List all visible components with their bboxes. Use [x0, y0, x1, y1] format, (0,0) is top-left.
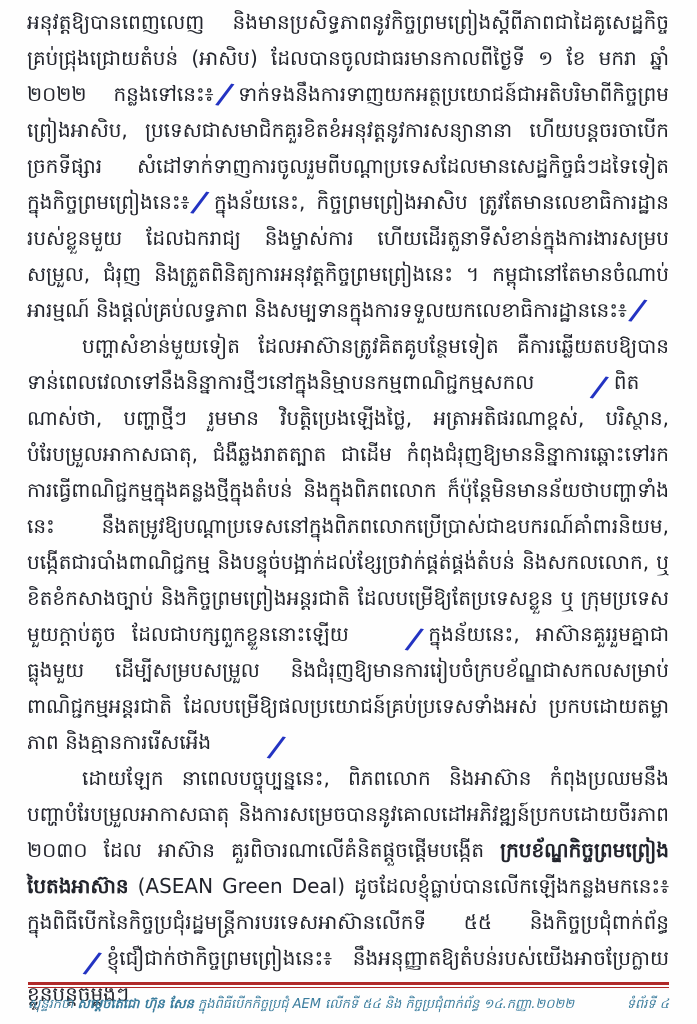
text-run: ពិតណាស់ថា, បញ្ហាថ្មីៗ រួមមាន វិបត្តិប្រេ… — [27, 370, 669, 646]
speech-body-text: អនុវត្តឱ្យបានពេញលេញ និងមានប្រសិទ្ធភាពនូវ… — [27, 4, 669, 1012]
footer-citation: សុន្ទរកថា សម្តេចតេជោ ហ៊ុន សែន ក្នុងពិធីប… — [28, 996, 574, 1014]
footer-double-rule — [28, 982, 669, 988]
footer-row: សុន្ទរកថា សម្តេចតេជោ ហ៊ុន សែន ក្នុងពិធីប… — [28, 996, 669, 1014]
body-paragraph: អនុវត្តឱ្យបានពេញលេញ និងមានប្រសិទ្ធភាពនូវ… — [27, 4, 669, 328]
bold-text-run: សម្តេចតេជោ ហ៊ុន សែន — [78, 997, 194, 1012]
body-paragraph: បញ្ហាសំខាន់មួយទៀត ដែលអាស៊ានត្រូវគិតគូបន្… — [27, 328, 669, 760]
text-run: បញ្ហាសំខាន់មួយទៀត ដែលអាស៊ានត្រូវគិតគូបន្… — [27, 334, 669, 394]
pen-slash-mark: / — [218, 736, 283, 747]
text-run: សុន្ទរកថា — [28, 997, 78, 1012]
pen-slash-mark: / — [633, 309, 643, 311]
pen-slash-mark: / — [541, 376, 606, 387]
pen-slash-mark: / — [33, 952, 98, 963]
text-run: ក្នុងពិធីបើកកិច្ចប្រជុំ AEM លើកទី ៥៤ និង… — [194, 997, 574, 1012]
pen-slash-mark: / — [195, 201, 205, 203]
pen-slash-mark: / — [220, 93, 230, 95]
page-footer: សុន្ទរកថា សម្តេចតេជោ ហ៊ុន សែន ក្នុងពិធីប… — [28, 982, 669, 1014]
pen-slash-mark: / — [355, 628, 420, 639]
body-paragraph: ដោយឡែក នាពេលបច្ចុប្បន្ននេះ, ពិភពលោក និងអ… — [27, 760, 669, 1012]
document-page: អនុវត្តឱ្យបានពេញលេញ និងមានប្រសិទ្ធភាពនូវ… — [0, 0, 697, 1024]
page-number: ទំព័រទី ៤ — [627, 996, 669, 1014]
